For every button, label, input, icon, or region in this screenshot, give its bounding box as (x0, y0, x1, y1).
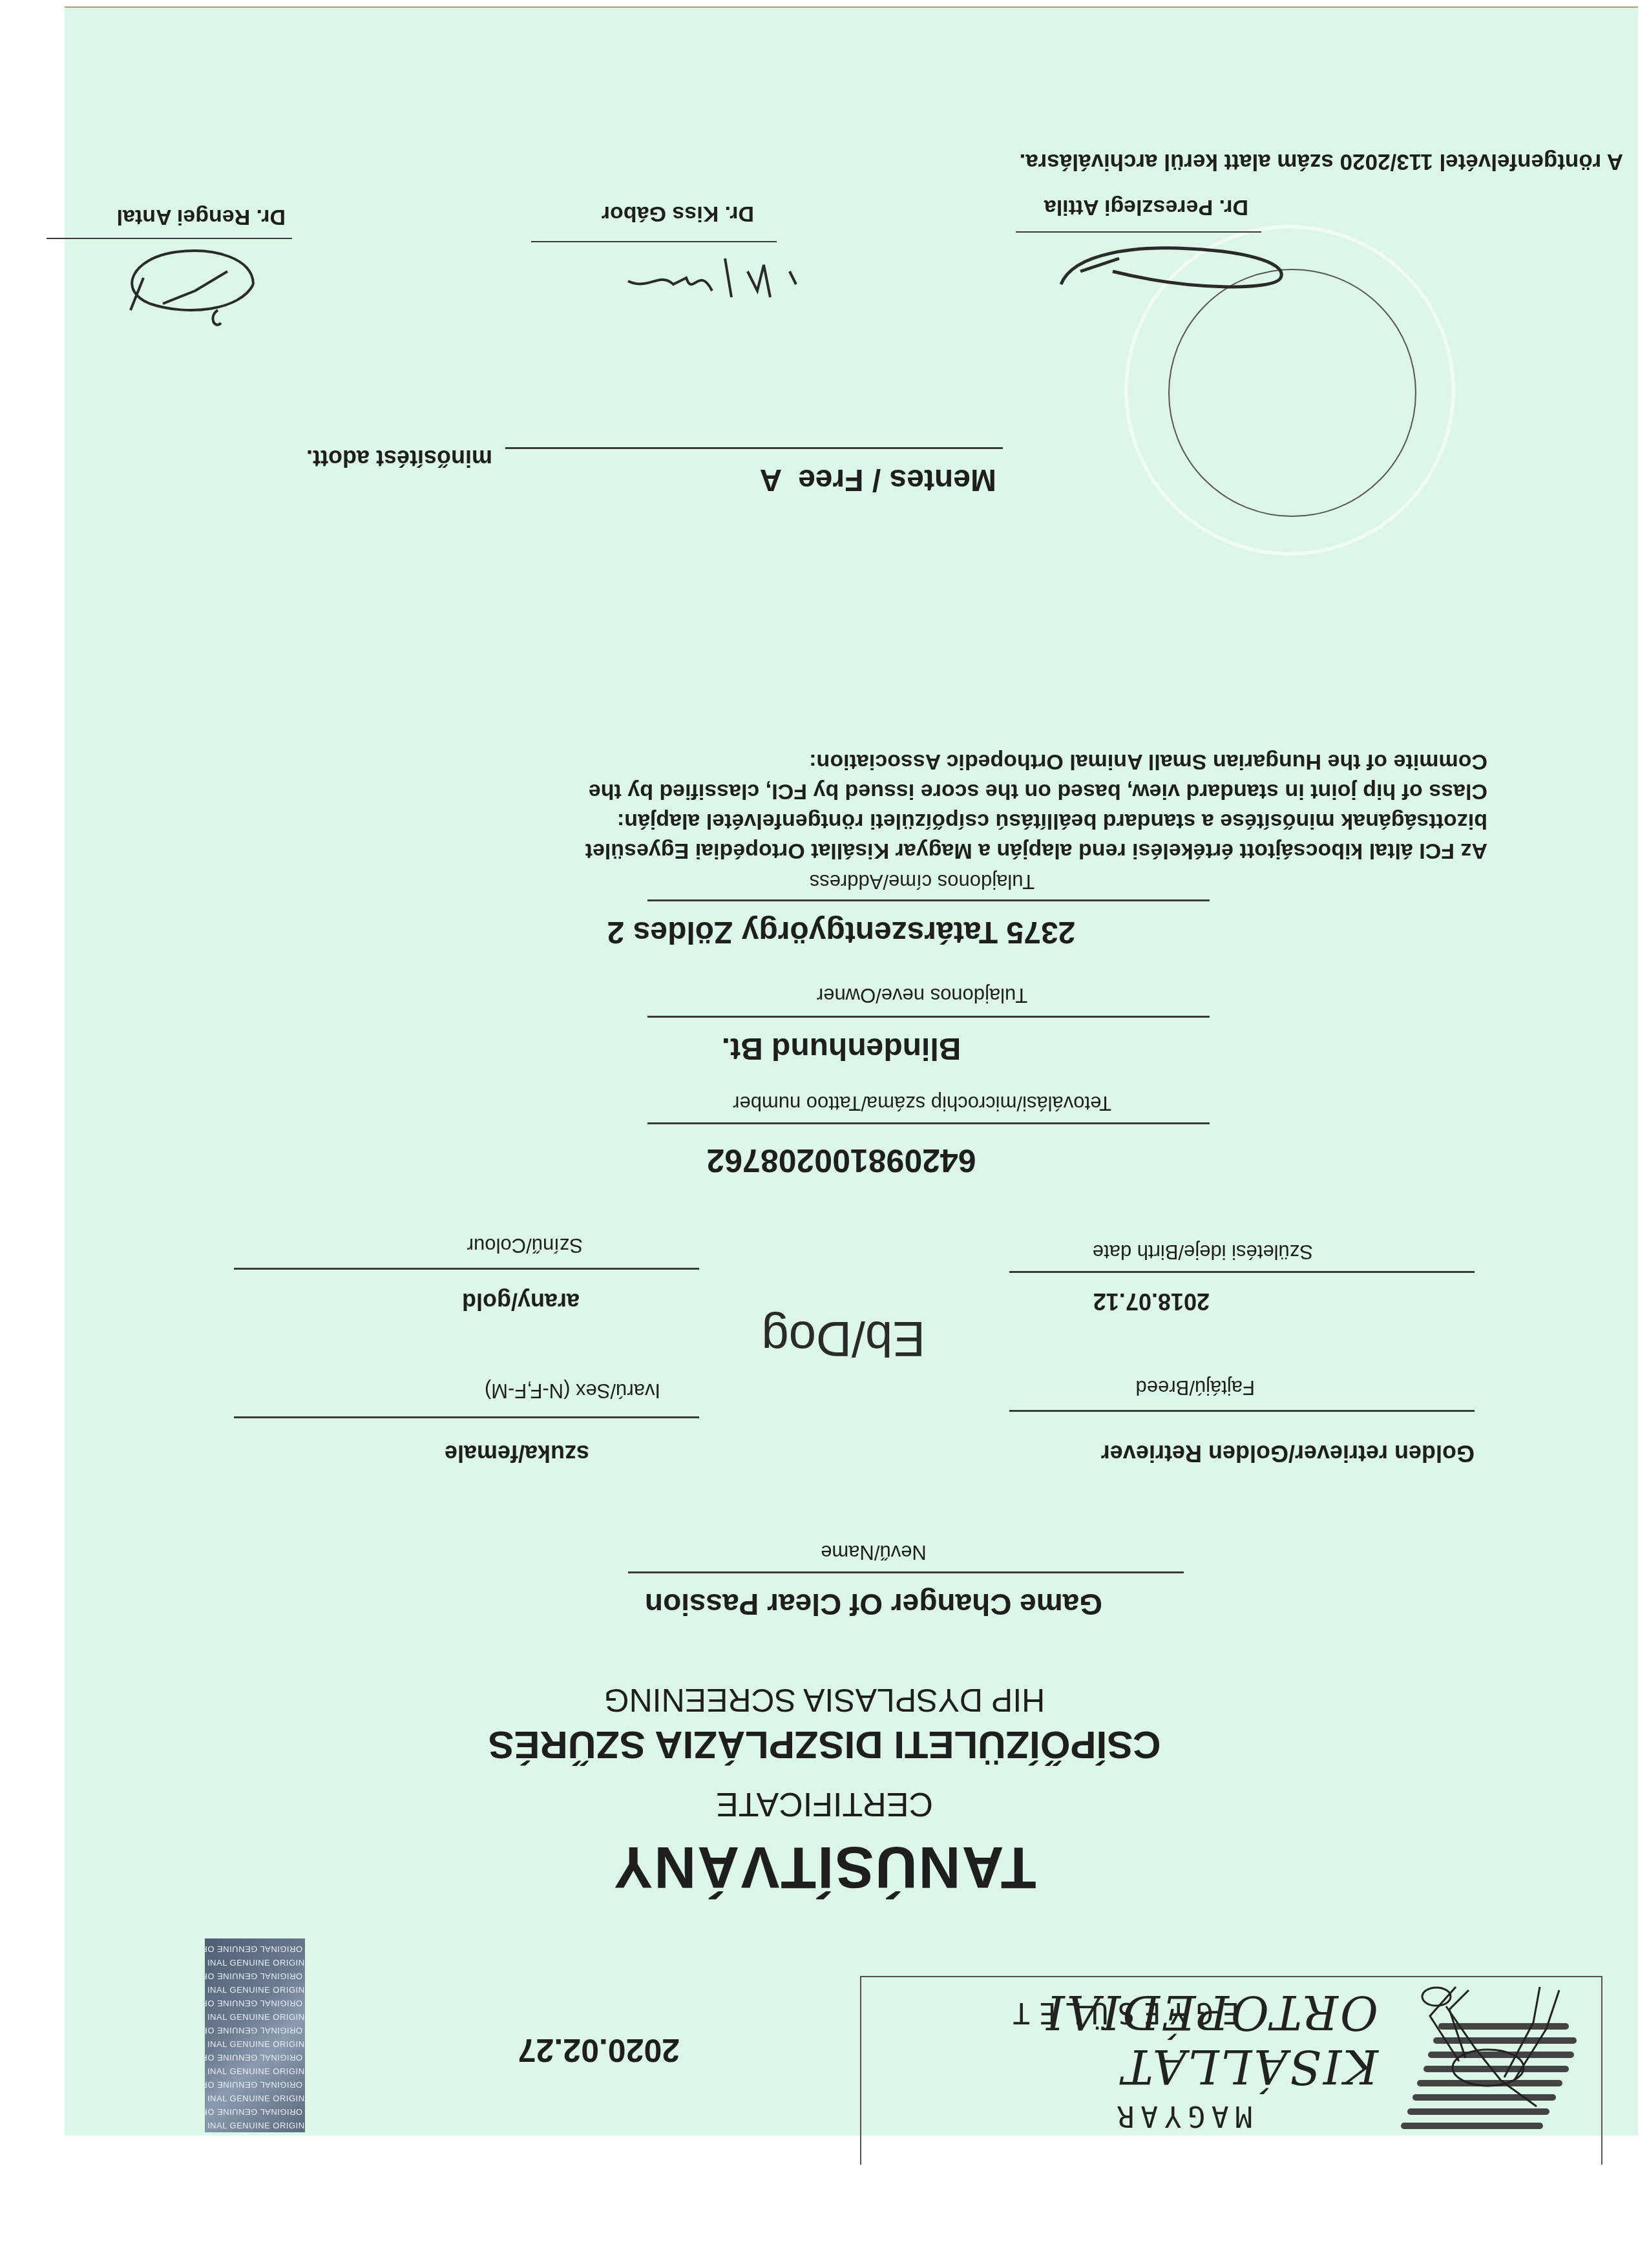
signature-pereszlegi (1048, 239, 1319, 330)
screening-heading-en: HIP DYSPLASIA SCREENING (0, 1681, 1649, 1719)
signature-kiss (563, 252, 809, 310)
divider (647, 1016, 1210, 1018)
association-logo: MAGYAR KISÁLLAT ORTOPÉDIAI EGYESÜLET (860, 1976, 1602, 2165)
colour-label: Színű/Colour (467, 1234, 583, 1257)
chip-number: 642098100208762 (518, 1142, 1164, 1179)
chip-label: Tetoválási/microchip száma/Tattoo number (615, 1091, 1229, 1115)
statement-paragraph: Az FCI által kibocsájtott értékelési ren… (131, 747, 1487, 866)
divider (628, 1571, 1184, 1573)
upside-down-scan: MAGYAR KISÁLLAT ORTOPÉDIAI EGYESÜLET 202… (0, 0, 1649, 2268)
signature-line (1016, 231, 1261, 233)
dog-skeleton-icon (1398, 1984, 1585, 2145)
logo-line-egyesulet: EGYESÜLET (1004, 1996, 1239, 2029)
hologram-sticker: INAL GENUINE ORIGINAL GENUINE ORIG ORIGI… (205, 1938, 305, 2132)
signature-rengei (72, 239, 279, 330)
owner-address: 2375 Tatárszentgyörgy Zöldes 2 (454, 914, 1229, 950)
divider (234, 1416, 699, 1418)
signature-line (47, 238, 292, 239)
divider (1009, 1271, 1475, 1273)
signatory-name: Dr. Rengei Antal (117, 204, 286, 229)
divider (505, 447, 1003, 449)
divider (1009, 1410, 1475, 1412)
result-suffix: minősítést adott. (306, 445, 492, 472)
archive-note: A röntgenfelvétel 113/2020 szám alatt ke… (1020, 149, 1623, 174)
birth-date-value: 2018.07.12 (1093, 1288, 1210, 1315)
sex-value: szuka/female (445, 1440, 589, 1467)
colour-value: arany/gold (462, 1288, 580, 1315)
sex-label: Ivarú/Sex (N-F,F-M) (485, 1379, 660, 1402)
dog-name-label: Nevű/Name (551, 1540, 1197, 1564)
address-label: Tulajdonos címe/Address (615, 870, 1229, 893)
signature-line (531, 241, 777, 242)
breed-label: Fajtájú/Breed (1136, 1376, 1255, 1399)
issue-date: 2020.02.27 (518, 2032, 680, 2069)
hip-result: Mentes / Free A (760, 462, 996, 498)
birth-date-label: Születési ideje/Birth date (1093, 1240, 1313, 1263)
divider (647, 899, 1210, 901)
owner-label: Tulajdonos neve/Owner (615, 983, 1229, 1007)
breed-value: Golden retriever/Golden Retriever (1101, 1440, 1475, 1467)
certificate-title: TANÚSÍTVÁNY (0, 1833, 1649, 1900)
species-stamp: Eb/Dog (762, 1310, 926, 1367)
signatory-name: Dr. Pereszlegi Attila (1044, 194, 1248, 220)
certificate-subtitle: CERTIFICATE (0, 1785, 1649, 1823)
divider (647, 1122, 1210, 1124)
dog-name: Game Changer Of Clear Passion (551, 1587, 1197, 1622)
owner-name: Blindenhund Bt. (518, 1031, 1164, 1066)
screening-heading-hu: CSÍPŐÍZÜLETI DISZPLÁZIA SZŰRÉS (0, 1723, 1649, 1767)
divider (234, 1268, 699, 1270)
logo-line-magyar: MAGYAR (1111, 2099, 1252, 2132)
signatory-name: Dr. Kiss Gábor (602, 201, 754, 226)
